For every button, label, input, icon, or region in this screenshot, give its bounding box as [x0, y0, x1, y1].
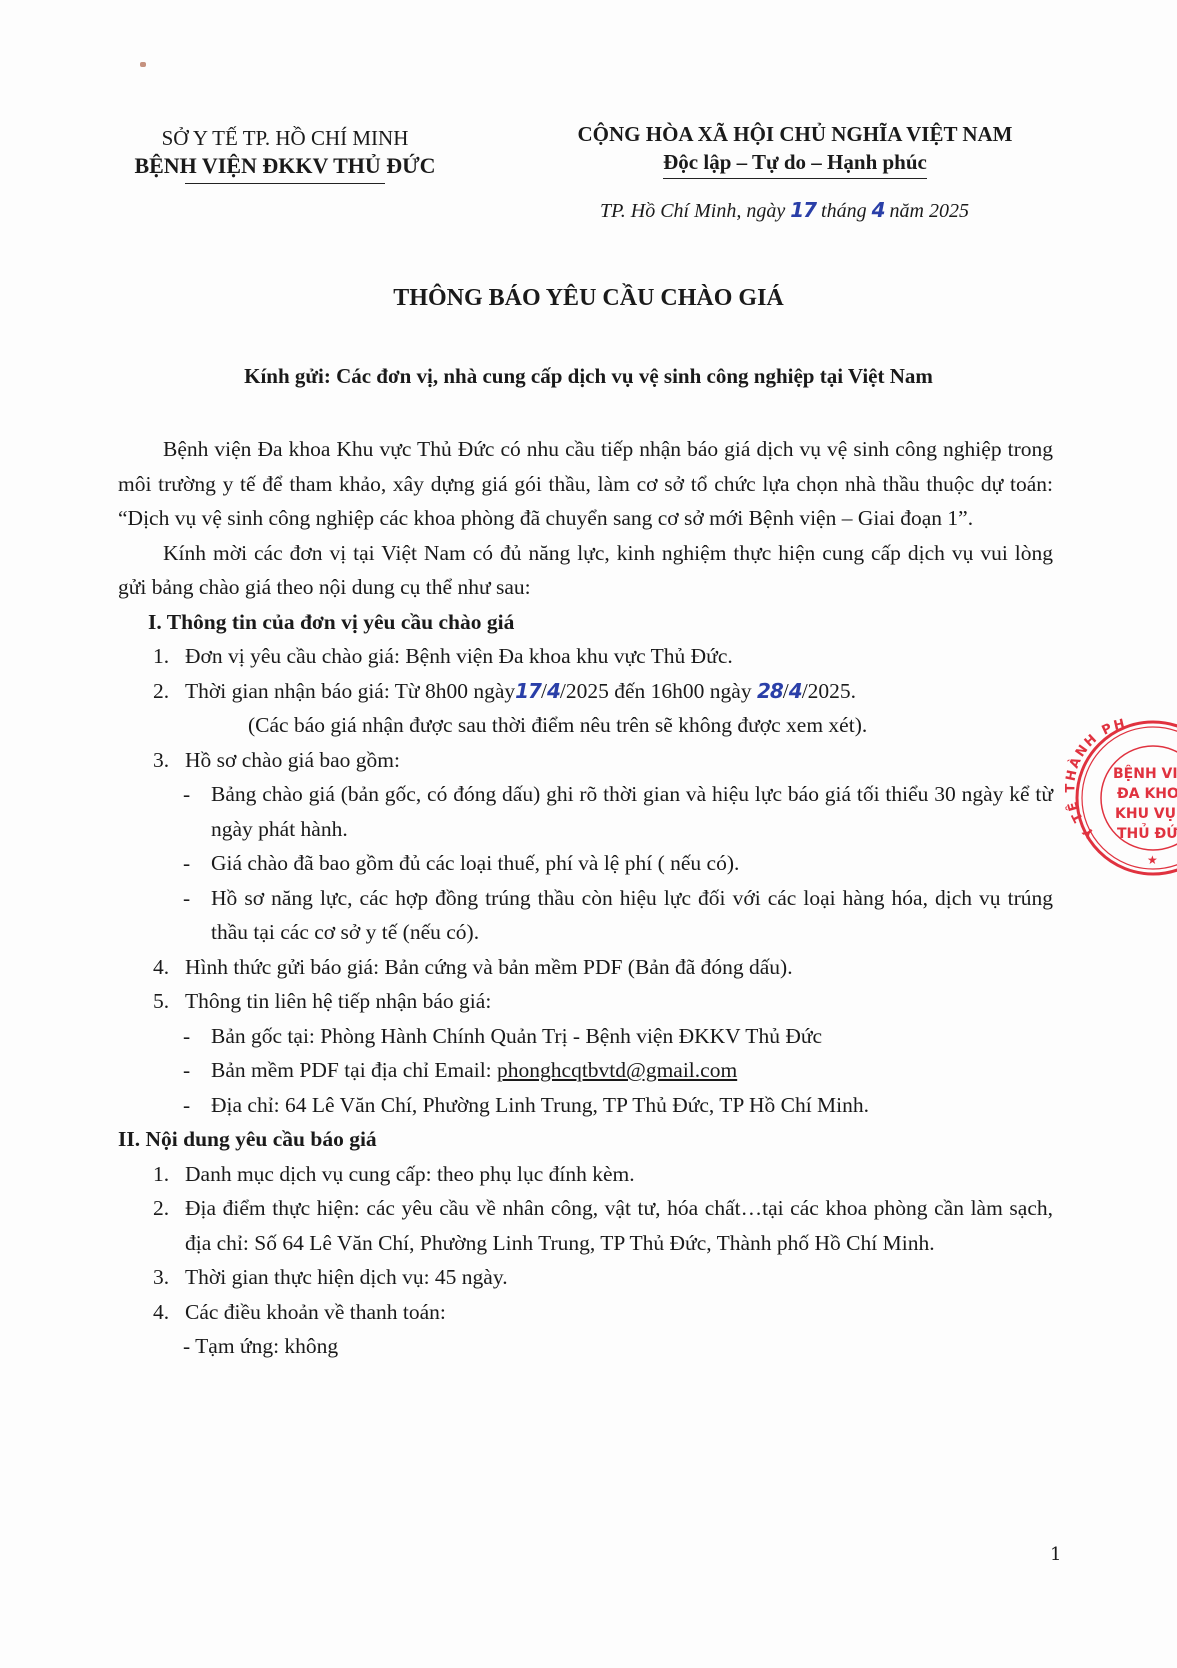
- list-item: 2. Thời gian nhận báo giá: Từ 8h00 ngày1…: [118, 674, 1053, 709]
- list-item: 5. Thông tin liên hệ tiếp nhận báo giá:: [118, 984, 1053, 1019]
- section-2-heading: II. Nội dung yêu cầu báo giá: [118, 1122, 1053, 1157]
- date-prefix: TP. Hồ Chí Minh, ngày: [600, 200, 785, 222]
- seal-line-1: BỆNH VI: [1113, 764, 1177, 782]
- list-item: 1. Danh mục dịch vụ cung cấp: theo phụ l…: [118, 1157, 1053, 1192]
- handwritten-month: 4: [872, 198, 885, 222]
- bullet-item: -Giá chào đã bao gồm đủ các loại thuế, p…: [118, 846, 1053, 881]
- handwritten-start-day: 17: [515, 679, 541, 703]
- bullet-item: -Bản gốc tại: Phòng Hành Chính Quản Trị …: [118, 1019, 1053, 1054]
- list-item: 4. Hình thức gửi báo giá: Bản cứng và bả…: [118, 950, 1053, 985]
- star-icon: ★: [1147, 853, 1158, 867]
- date-line: TP. Hồ Chí Minh, ngày 17 tháng 4 năm 202…: [600, 198, 1060, 223]
- bullet-item: -Bảng chào giá (bản gốc, có đóng dấu) gh…: [118, 777, 1053, 846]
- handwritten-start-month: 4: [547, 679, 560, 703]
- bullet-item: -Địa chỉ: 64 Lê Văn Chí, Phường Linh Tru…: [118, 1088, 1053, 1123]
- page-number: 1: [1050, 1544, 1061, 1565]
- document-page: SỞ Y TẾ TP. HỒ CHÍ MINH BỆNH VIỆN ĐKKV T…: [0, 0, 1177, 1668]
- payment-advance-line: - Tạm ứng: không: [118, 1329, 1053, 1364]
- document-body: Bệnh viện Đa khoa Khu vực Thủ Đức có nhu…: [118, 432, 1053, 1364]
- intro-paragraph: Bệnh viện Đa khoa Khu vực Thủ Đức có nhu…: [118, 432, 1053, 536]
- list-item: 3. Thời gian thực hiện dịch vụ: 45 ngày.: [118, 1260, 1053, 1295]
- deadline-note: (Các báo giá nhận được sau thời điểm nêu…: [118, 708, 1053, 743]
- official-seal-stamp: Y TẾ THÀNH PH BỆNH VI ĐA KHO KHU VỤ THỦ …: [1065, 718, 1177, 878]
- handwritten-end-month: 4: [789, 679, 802, 703]
- seal-line-2: ĐA KHO: [1117, 786, 1177, 802]
- list-item: 2. Địa điểm thực hiện: các yêu cầu về nh…: [118, 1191, 1053, 1260]
- handwritten-end-day: 28: [757, 679, 783, 703]
- handwritten-day: 17: [790, 198, 816, 222]
- bullet-item: -Bản mềm PDF tại địa chỉ Email: phonghcq…: [118, 1053, 1053, 1088]
- national-motto: Độc lập – Tự do – Hạnh phúc: [663, 148, 927, 179]
- seal-line-3: KHU VỤ: [1115, 806, 1176, 822]
- section-1-heading: I. Thông tin của đơn vị yêu cầu chào giá: [118, 605, 1053, 640]
- recipient-line: Kính gửi: Các đơn vị, nhà cung cấp dịch …: [0, 364, 1177, 389]
- invitation-paragraph: Kính mời các đơn vị tại Việt Nam có đủ n…: [118, 536, 1053, 605]
- date-year: năm 2025: [890, 200, 969, 222]
- document-title: THÔNG BÁO YÊU CẦU CHÀO GIÁ: [0, 285, 1177, 312]
- bullet-item: -Hồ sơ năng lực, các hợp đồng trúng thầu…: [118, 881, 1053, 950]
- list-item: 1. Đơn vị yêu cầu chào giá: Bệnh viện Đa…: [118, 639, 1053, 674]
- list-item: 3. Hồ sơ chào giá bao gồm:: [118, 743, 1053, 778]
- email-link[interactable]: phonghcqtbvtd@gmail.com: [497, 1058, 737, 1082]
- department-name: SỞ Y TẾ TP. HỒ CHÍ MINH: [110, 124, 460, 152]
- issuer-header: SỞ Y TẾ TP. HỒ CHÍ MINH BỆNH VIỆN ĐKKV T…: [110, 124, 460, 184]
- list-item: 4. Các điều khoản về thanh toán:: [118, 1295, 1053, 1330]
- scan-speck: [140, 62, 146, 67]
- national-header: CỘNG HÒA XÃ HỘI CHỦ NGHĨA VIỆT NAM Độc l…: [515, 120, 1075, 179]
- seal-line-4: THỦ ĐỨ: [1117, 823, 1177, 842]
- country-name: CỘNG HÒA XÃ HỘI CHỦ NGHĨA VIỆT NAM: [515, 120, 1075, 148]
- hospital-name: BỆNH VIỆN ĐKKV THỦ ĐỨC: [110, 152, 460, 180]
- header-underline: [185, 183, 385, 184]
- date-month-label: tháng: [821, 200, 867, 222]
